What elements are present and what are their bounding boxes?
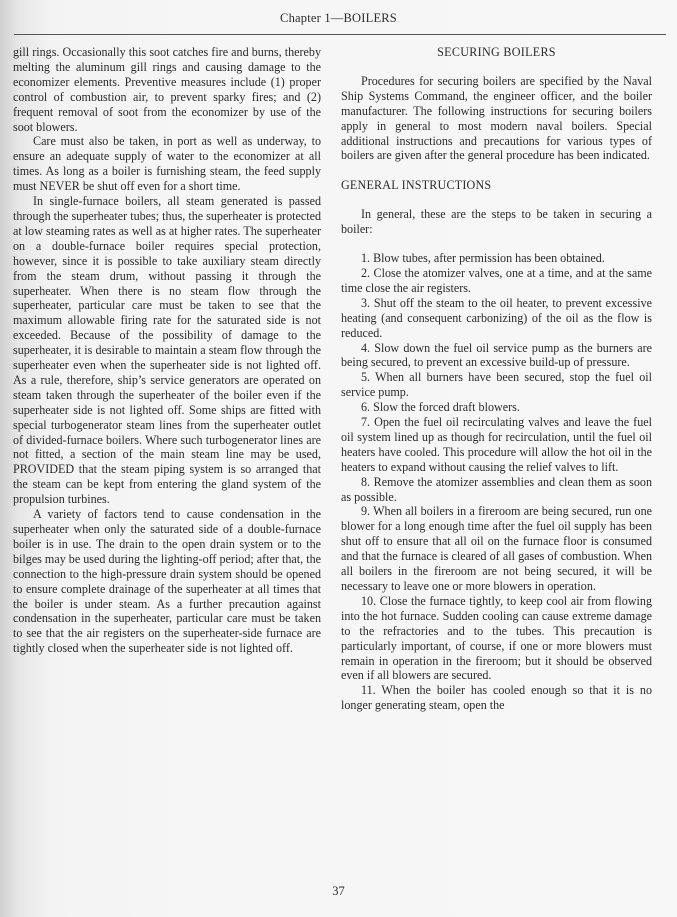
header-rule xyxy=(14,34,666,35)
intro-paragraph: Procedures for securing boilers are spec… xyxy=(341,74,652,163)
list-item: 6. Slow the forced draft blowers. xyxy=(341,400,652,415)
section-title: SECURING BOILERS xyxy=(341,45,652,60)
paragraph: Care must also be taken, in port as well… xyxy=(13,134,321,194)
list-item: 11. When the boiler has cooled enough so… xyxy=(341,683,652,713)
list-item: 4. Slow down the fuel oil service pump a… xyxy=(341,341,652,371)
list-item: 8. Remove the atomizer assemblies and cl… xyxy=(341,475,652,505)
lead-in-paragraph: In general, these are the steps to be ta… xyxy=(341,207,652,237)
paragraph: A variety of factors tend to cause conde… xyxy=(13,507,321,656)
list-item: 7. Open the fuel oil recirculating valve… xyxy=(341,415,652,475)
paragraph-continued: gill rings. Occasionally this soot catch… xyxy=(13,45,321,134)
left-column: gill rings. Occasionally this soot catch… xyxy=(13,45,321,656)
list-item: 2. Close the atomizer valves, one at a t… xyxy=(341,266,652,296)
list-item: 1. Blow tubes, after permission has been… xyxy=(341,251,652,266)
list-item: 10. Close the furnace tightly, to keep c… xyxy=(341,594,652,683)
paragraph: In single-furnace boilers, all steam gen… xyxy=(13,194,321,507)
right-column: SECURING BOILERS Procedures for securing… xyxy=(341,45,652,713)
list-item: 3. Shut off the steam to the oil heater,… xyxy=(341,296,652,341)
list-item: 9. When all boilers in a fireroom are be… xyxy=(341,504,652,593)
running-head: Chapter 1—BOILERS xyxy=(0,11,677,26)
page-number: 37 xyxy=(0,884,677,899)
list-item: 5. When all burners have been secured, s… xyxy=(341,370,652,400)
steps-list: 1. Blow tubes, after permission has been… xyxy=(341,251,652,713)
subheading: GENERAL INSTRUCTIONS xyxy=(341,178,652,193)
